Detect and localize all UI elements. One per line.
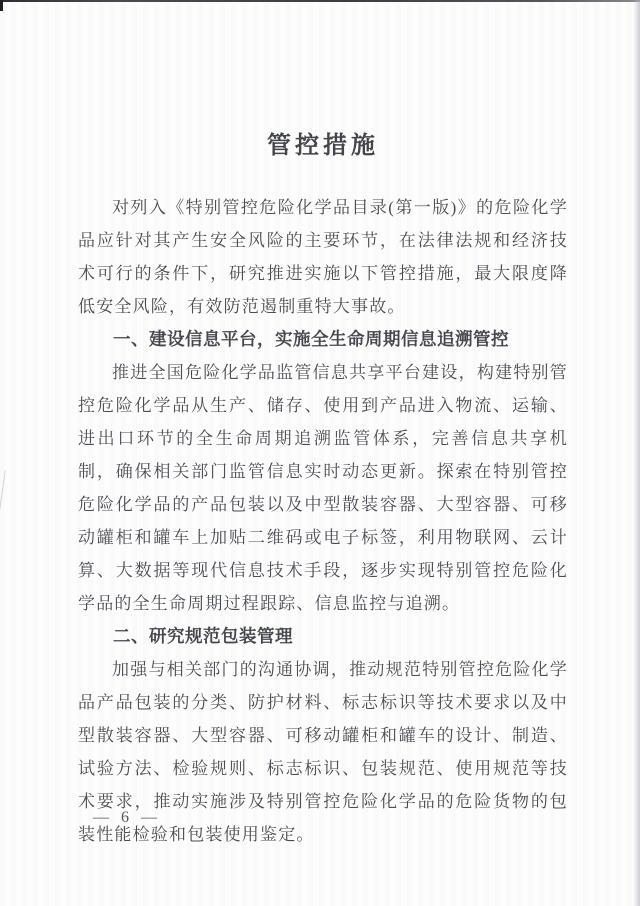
page-title: 管控措施 — [78, 130, 568, 162]
paragraph-intro: 对列入《特别管控危险化学品目录(第一版)》的危险化学品应针对其产生安全风险的主要… — [78, 191, 568, 323]
section-heading-2: 二、研究规范包装管理 — [78, 620, 568, 653]
paragraph-section-1: 推进全国危险化学品监管信息共享平台建设，构建特别管控危险化学品从生产、储存、使用… — [78, 356, 568, 620]
page-number: — 6 — — [93, 806, 161, 830]
section-heading-1: 一、建设信息平台，实施全生命周期信息追溯管控 — [78, 323, 568, 356]
document-body: 管控措施 对列入《特别管控危险化学品目录(第一版)》的危险化学品应针对其产生安全… — [0, 0, 640, 851]
scanned-document-page: 管控措施 对列入《特别管控危险化学品目录(第一版)》的危险化学品应针对其产生安全… — [0, 0, 640, 906]
